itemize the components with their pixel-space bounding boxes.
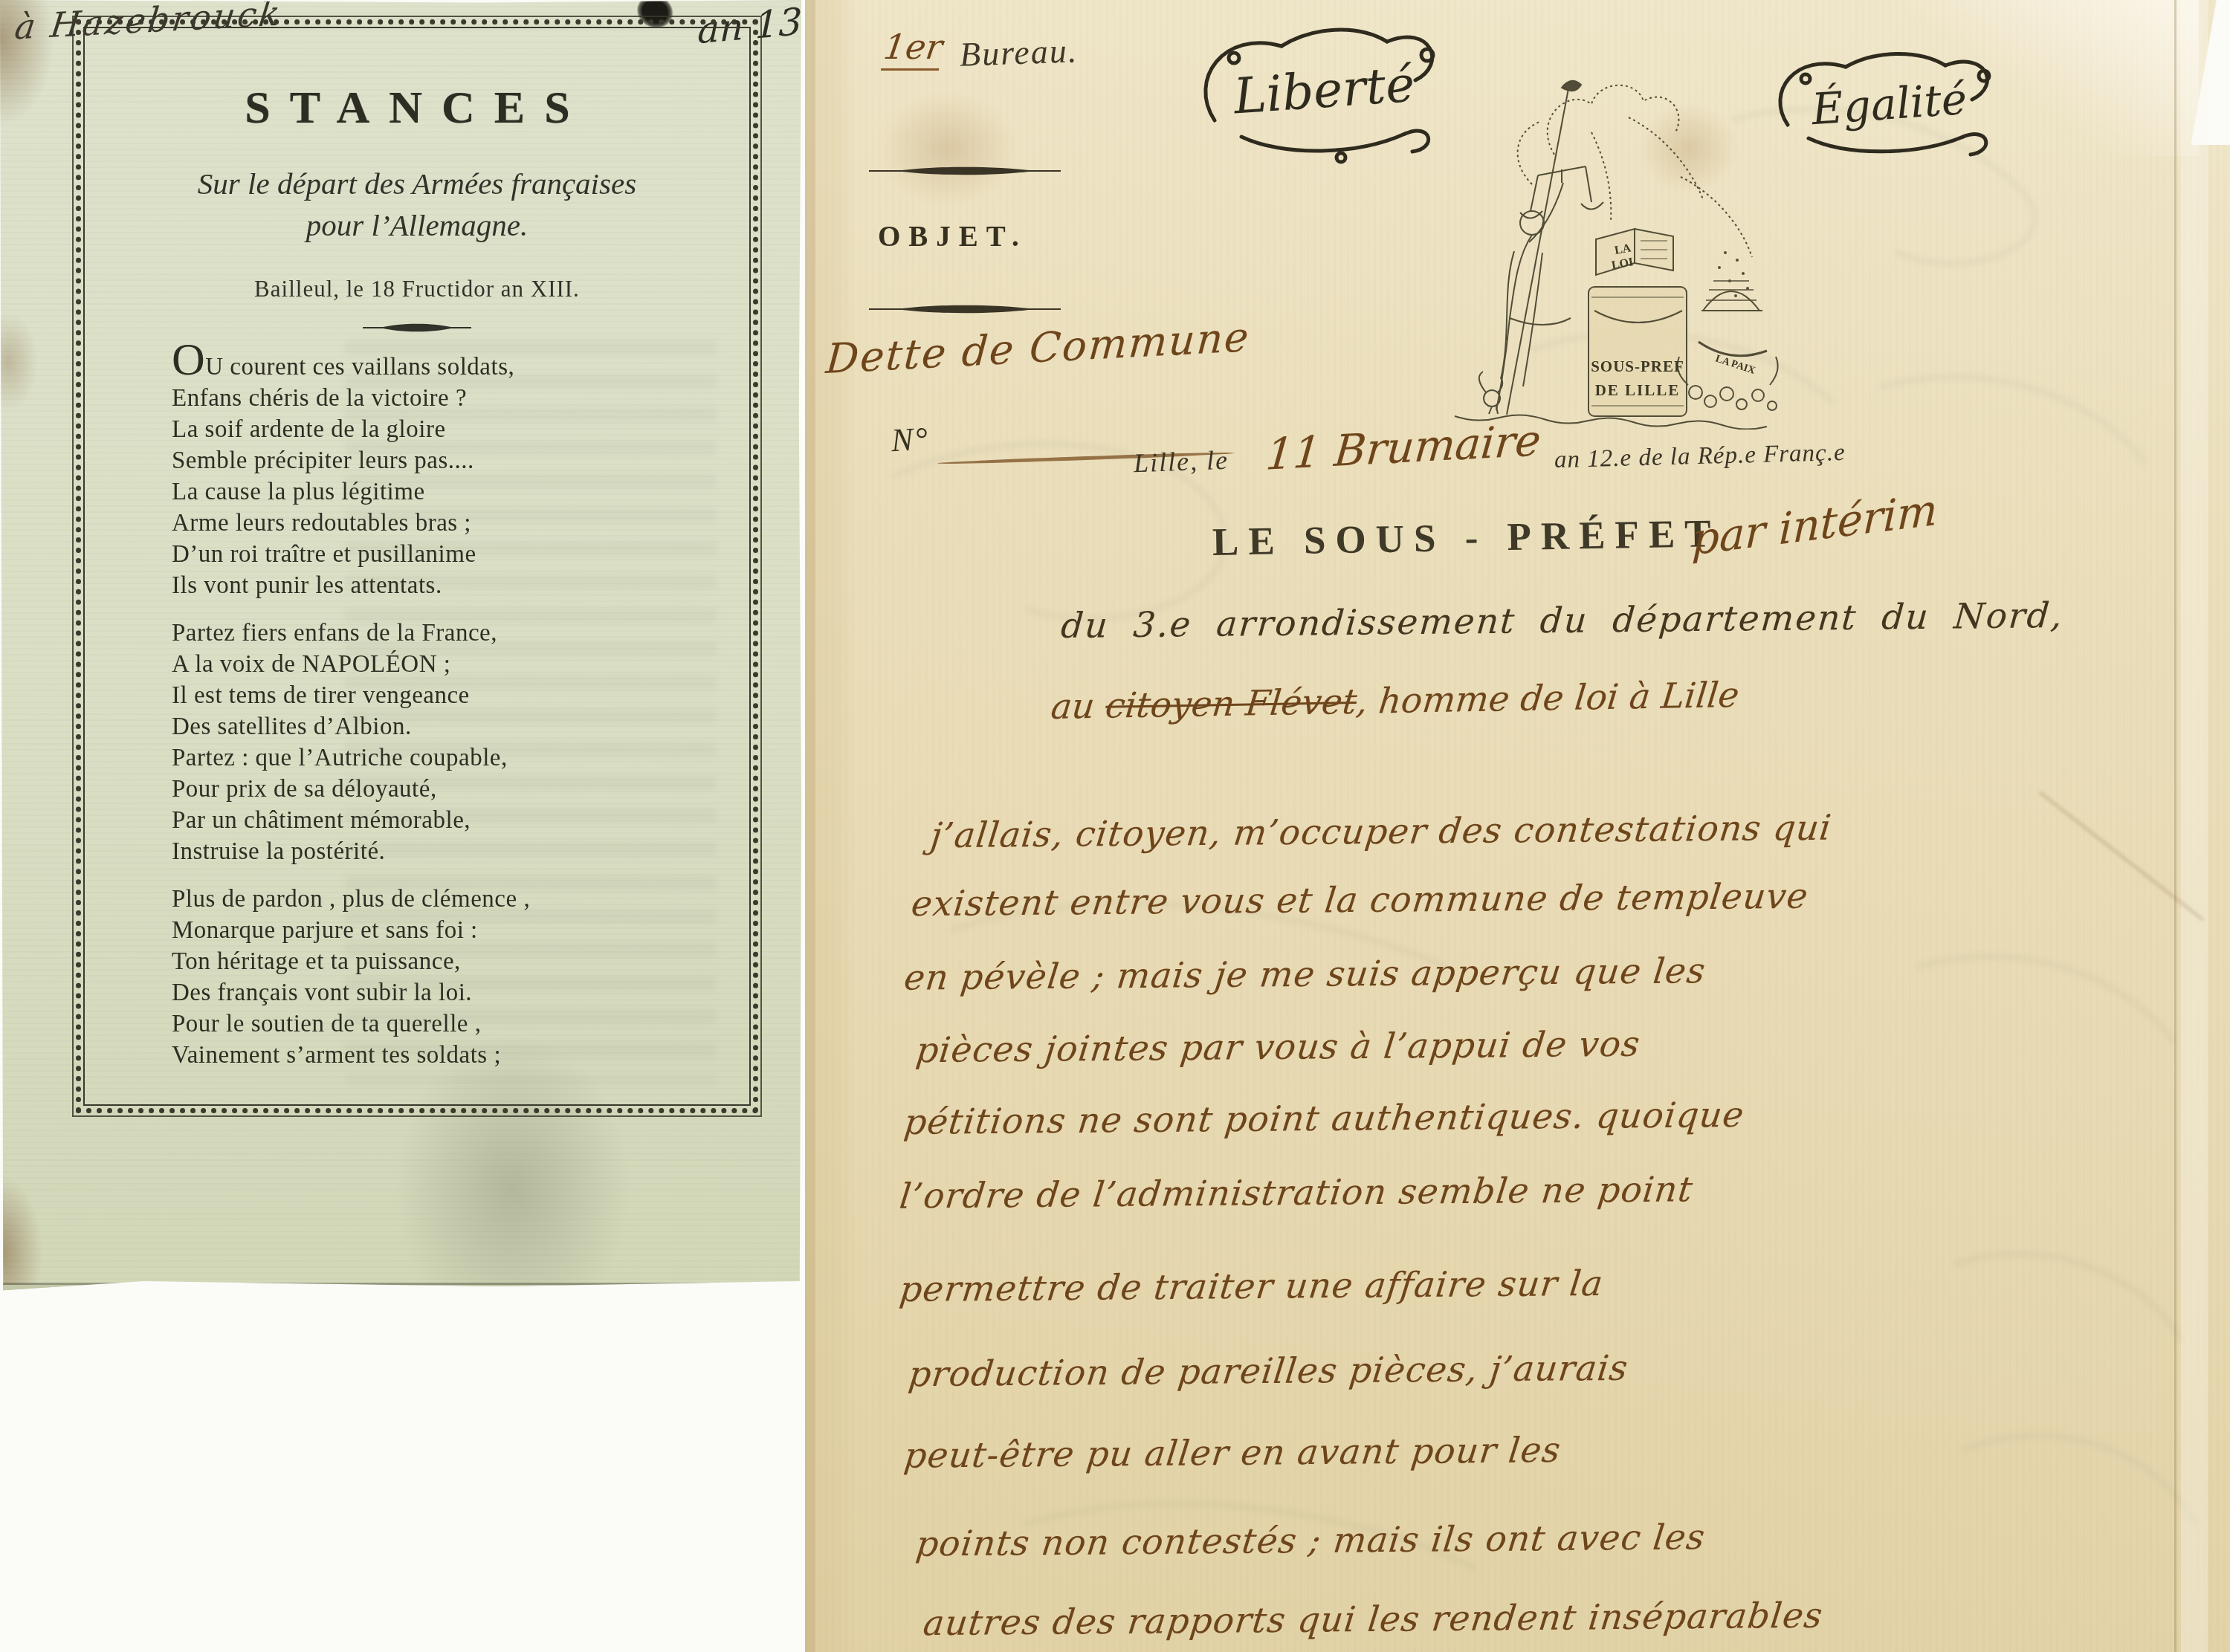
bureau-label: Bureau.	[959, 30, 1079, 74]
addressee-prefix: au	[1049, 686, 1108, 728]
pamphlet-title: STANCES	[85, 28, 749, 135]
tapered-rule-ornament	[361, 322, 473, 334]
letter-line: pétitions ne sont point authentiques. qu…	[902, 1095, 1746, 1143]
decorative-chain-border: STANCES Sur le départ des Armées françai…	[83, 27, 751, 1106]
letter-line: permettre de traiter une affaire sur la	[897, 1263, 1606, 1310]
vignette-book-word-2: LOI	[1611, 256, 1635, 272]
pamphlet-dateline: Bailleul, le 18 Fructidor an XIII.	[85, 276, 749, 302]
bureau-number-handwritten: 1er	[881, 27, 946, 71]
tapered-rule-ornament	[867, 165, 1062, 177]
right-document: 1er Bureau. OBJET. Dette de Commune	[805, 0, 2230, 1652]
sous-prefet-heading: LE SOUS - PRÉFET	[1212, 511, 1722, 565]
dateline-printed-prefix: Lille, le	[1133, 444, 1229, 479]
letter-line: j’allais, citoyen, m’occuper des contest…	[928, 808, 1834, 857]
objet-label: OBJET.	[878, 220, 1027, 253]
subtitle-line-1: Sur le départ des Armées françaises	[85, 163, 749, 204]
motto-liberte-text: Liberté	[1231, 56, 1416, 126]
letter-line: peut-être pu aller en avant pour les	[902, 1430, 1562, 1477]
vignette-column-line-2: DE LILLE	[1595, 381, 1681, 399]
vignette-column-line-1: SOUS-PREF	[1591, 357, 1684, 375]
motto-egalite: Égalité	[1762, 36, 2026, 169]
letter-line: points non contestés ; mais ils ont avec…	[914, 1517, 1707, 1564]
addressee-struck-name: citoyen Flévet	[1104, 681, 1359, 727]
tapered-rule-ornament	[867, 303, 1062, 315]
vignette-ribbon-text: LA PAIX	[1714, 354, 1756, 377]
addressee-suffix: , homme de loi à Lille	[1354, 675, 1741, 722]
numero-label: N°	[891, 420, 931, 460]
motto-liberte: Liberté	[1188, 9, 1463, 176]
letter-line: l’ordre de l’administration semble ne po…	[897, 1169, 1695, 1217]
letter-line: production de pareilles pièces, j’aurais	[906, 1348, 1630, 1395]
letter-line: autres des rapports qui les rendent insé…	[921, 1596, 1825, 1645]
paper-edge-strip	[0, 1285, 801, 1292]
motto-egalite-text: Égalité	[1809, 74, 1968, 135]
letter-line: existent entre vous et la commune de tem…	[909, 876, 1811, 925]
prefecture-vignette-engraving: LA LOI SOUS-PREF DE LILLE LA PAIX	[1443, 65, 1792, 430]
subtitle-line-2: pour l’Allemagne.	[85, 204, 749, 246]
bleedthrough-ghost	[345, 340, 717, 1083]
left-document: à Hazebrouck an 13 STANCES Sur le départ…	[0, 0, 801, 1292]
letter-body: j’allais, citoyen, m’occuper des contest…	[900, 801, 2194, 1652]
letter-line: pièces jointes par vous à l’appui de vos	[914, 1024, 1642, 1071]
letter-line: en pévèle ; mais je me suis apperçu que …	[902, 950, 1707, 998]
pamphlet-subtitle: Sur le départ des Armées françaises pour…	[85, 163, 749, 246]
